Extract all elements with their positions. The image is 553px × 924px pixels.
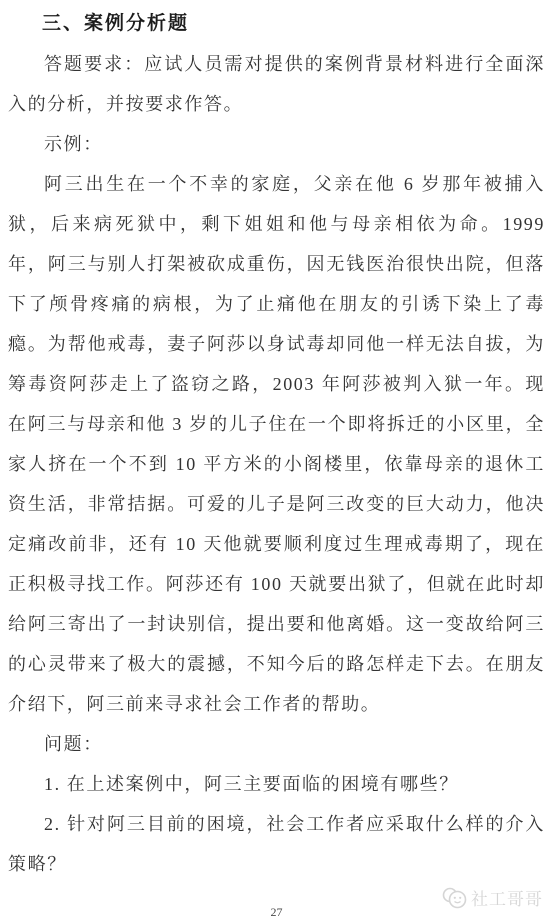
- document-page: 三、案例分析题 答题要求：应试人员需对提供的案例背景材料进行全面深入的分析，并按…: [0, 0, 553, 924]
- chat-bubbles-logo-icon: [441, 887, 468, 909]
- section-heading: 三、案例分析题: [42, 4, 545, 44]
- questions-label: 问题：: [8, 724, 545, 764]
- example-label: 示例：: [8, 124, 545, 164]
- document-content: 三、案例分析题 答题要求：应试人员需对提供的案例背景材料进行全面深入的分析，并按…: [0, 0, 553, 884]
- watermark-text: 社工哥哥: [471, 885, 543, 910]
- case-description-paragraph: 阿三出生在一个不幸的家庭，父亲在他 6 岁那年被捕入狱，后来病死狱中，剩下姐姐和…: [8, 164, 545, 724]
- question-1: 1. 在上述案例中，阿三主要面临的困境有哪些？: [8, 764, 545, 804]
- answer-requirements-paragraph: 答题要求：应试人员需对提供的案例背景材料进行全面深入的分析，并按要求作答。: [8, 44, 545, 124]
- question-2: 2. 针对阿三目前的困境，社会工作者应采取什么样的介入策略？: [8, 804, 545, 884]
- watermark: 社工哥哥: [441, 885, 543, 910]
